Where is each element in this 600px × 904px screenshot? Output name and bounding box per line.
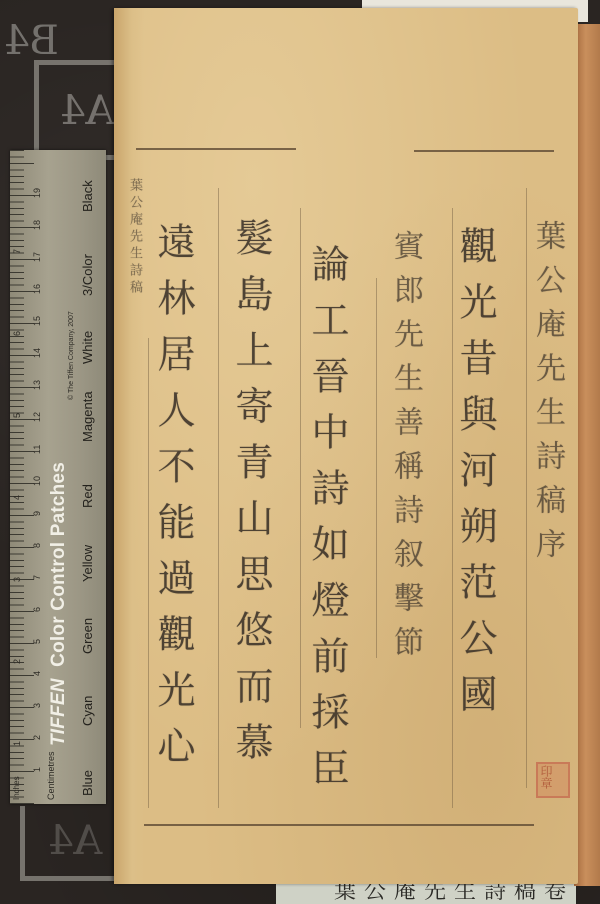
- patch-label-yellow: Yellow: [80, 545, 95, 582]
- text-column-2: 賓郎先生善稱詩叙擊節: [390, 230, 420, 670]
- patch-label-cyan: Cyan: [80, 696, 95, 726]
- ruler-face: Inches Centimetres 1 2 3 4 5 6 7 1 2 3 4…: [10, 150, 106, 804]
- cm-tick: 12: [32, 412, 42, 422]
- color-patch-labels: Blue Cyan Green Yellow Red Magenta White…: [80, 150, 100, 804]
- background-label-a4-bottom: A4: [48, 818, 102, 864]
- inch-tick-3: 3: [12, 577, 22, 582]
- ruler-title-text: Color Control Patches: [48, 462, 69, 667]
- top-border-rule-right: [414, 150, 554, 152]
- column-divider: [218, 188, 219, 808]
- cm-tick: 16: [32, 284, 42, 294]
- cm-tick: 13: [32, 380, 42, 390]
- cm-tick: 1: [32, 767, 42, 772]
- top-border-rule: [136, 148, 296, 150]
- text-column-3: 論工晉中詩如燈前採臣: [308, 244, 346, 804]
- page-left-fold: [114, 8, 144, 884]
- red-seal-stamp: 印章: [536, 762, 570, 798]
- background-label-a4-top: A4: [60, 88, 114, 134]
- cm-tick: 19: [32, 188, 42, 198]
- column-divider: [300, 208, 301, 728]
- cm-tick: 14: [32, 348, 42, 358]
- tiffen-color-ruler: Inches Centimetres 1 2 3 4 5 6 7 1 2 3 4…: [10, 150, 106, 804]
- ruler-copyright: © The Tiffen Company, 2007: [68, 311, 75, 400]
- seal-text: 印章: [538, 764, 554, 790]
- column-divider: [148, 338, 149, 808]
- cm-tick: 6: [32, 607, 42, 612]
- tiffen-logo: TIFFEN: [48, 678, 69, 746]
- patch-label-black: Black: [80, 180, 95, 212]
- patch-label-blue: Blue: [80, 770, 95, 796]
- cm-tick: 5: [32, 639, 42, 644]
- column-divider: [526, 188, 527, 788]
- cm-tick: 8: [32, 543, 42, 548]
- cm-tick: 3: [32, 703, 42, 708]
- cm-tick: 18: [32, 220, 42, 230]
- inch-tick-1: 1: [12, 741, 22, 746]
- cm-tick: 4: [32, 671, 42, 676]
- text-column-5: 遠林居人不能過觀光心: [154, 222, 192, 782]
- patch-label-white: White: [80, 331, 95, 364]
- patch-label-red: Red: [80, 484, 95, 508]
- inch-tick-6: 6: [12, 331, 22, 336]
- margin-note: 葉公庵先生詩稿: [128, 178, 141, 297]
- cm-tick: 2: [32, 735, 42, 740]
- inch-tick-4: 4: [12, 495, 22, 500]
- inch-tick-5: 5: [12, 413, 22, 418]
- ruler-cm-label: Centimetres: [46, 751, 56, 800]
- book-page: 葉公庵先生詩稿 葉公庵先生詩稿序 觀光昔與河朔范公國 賓郎先生善稱詩叙擊節 論工…: [114, 8, 578, 884]
- inch-tick-7: 7: [12, 249, 22, 254]
- cm-tick: 17: [32, 252, 42, 262]
- text-column-title: 葉公庵先生詩稿序: [532, 220, 562, 572]
- patch-label-green: Green: [80, 618, 95, 654]
- background-label-b4: B4: [4, 18, 59, 64]
- text-column-1: 觀光昔與河朔范公國: [456, 226, 494, 730]
- text-column-4: 髮島上寄青山思悠而慕: [232, 218, 270, 778]
- cm-tick: 10: [32, 476, 42, 486]
- inch-tick-2: 2: [12, 659, 22, 664]
- cm-tick: 7: [32, 575, 42, 580]
- cm-tick: 11: [32, 445, 42, 454]
- cm-tick: 9: [32, 511, 42, 516]
- ruler-title: TIFFEN Color Control Patches: [48, 462, 70, 746]
- column-divider: [376, 278, 377, 658]
- patch-label-magenta: Magenta: [80, 391, 95, 442]
- ruler-inches-label: Inches: [12, 776, 21, 800]
- cm-tick: 15: [32, 316, 42, 326]
- bottom-border-rule: [144, 824, 534, 826]
- patch-label-3color: 3/Color: [80, 254, 95, 296]
